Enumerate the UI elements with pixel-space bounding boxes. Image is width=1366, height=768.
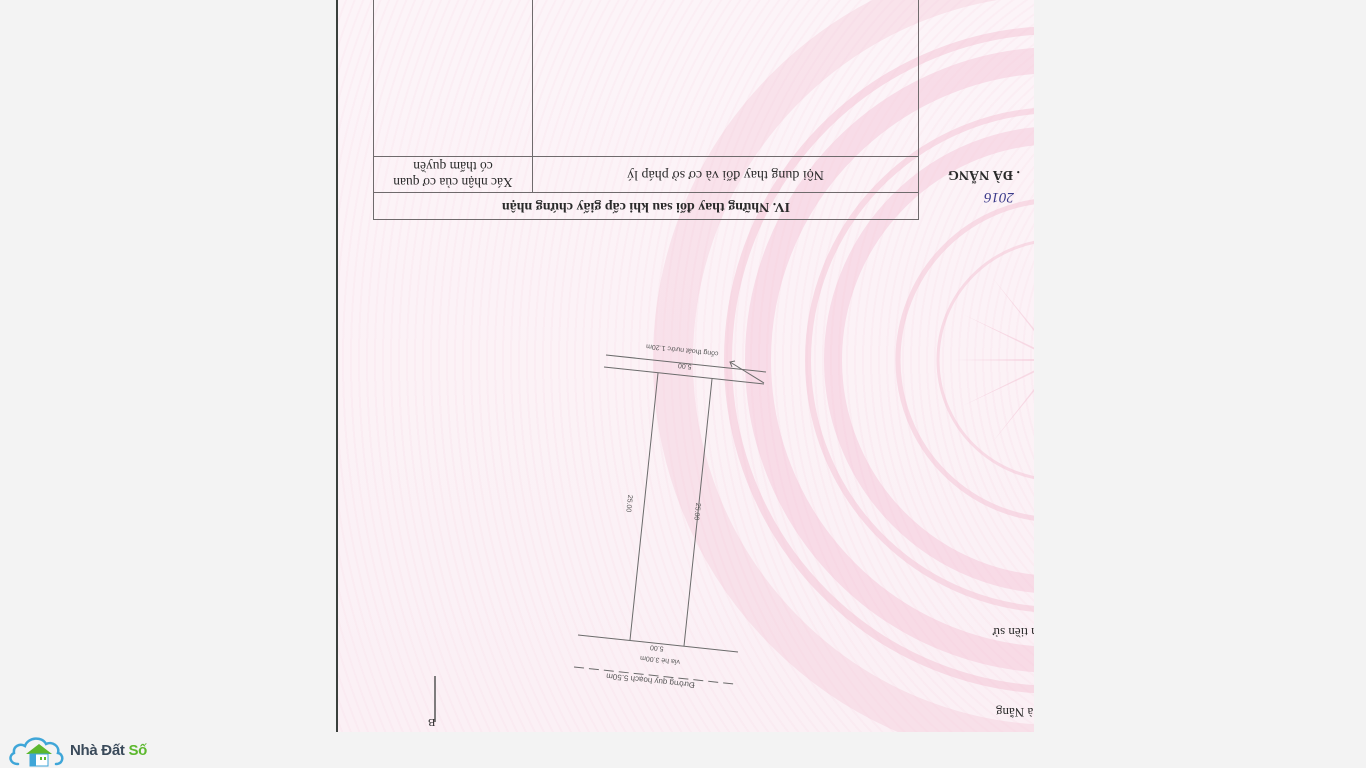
north-marker: B: [428, 716, 435, 728]
top-width-label: 5.00: [678, 361, 692, 369]
cloud-house-icon: [6, 732, 68, 768]
brand-logo[interactable]: Nhà Đất Số: [6, 732, 147, 768]
image-viewer: Xác nhận của cơ quan có thẩm quyền Nội d…: [0, 0, 1366, 768]
brand-name: Nhà Đất Số: [70, 742, 147, 759]
bottom-width-label: 5.00: [650, 643, 664, 651]
certificate-scan[interactable]: Xác nhận của cơ quan có thẩm quyền Nội d…: [336, 0, 1034, 732]
